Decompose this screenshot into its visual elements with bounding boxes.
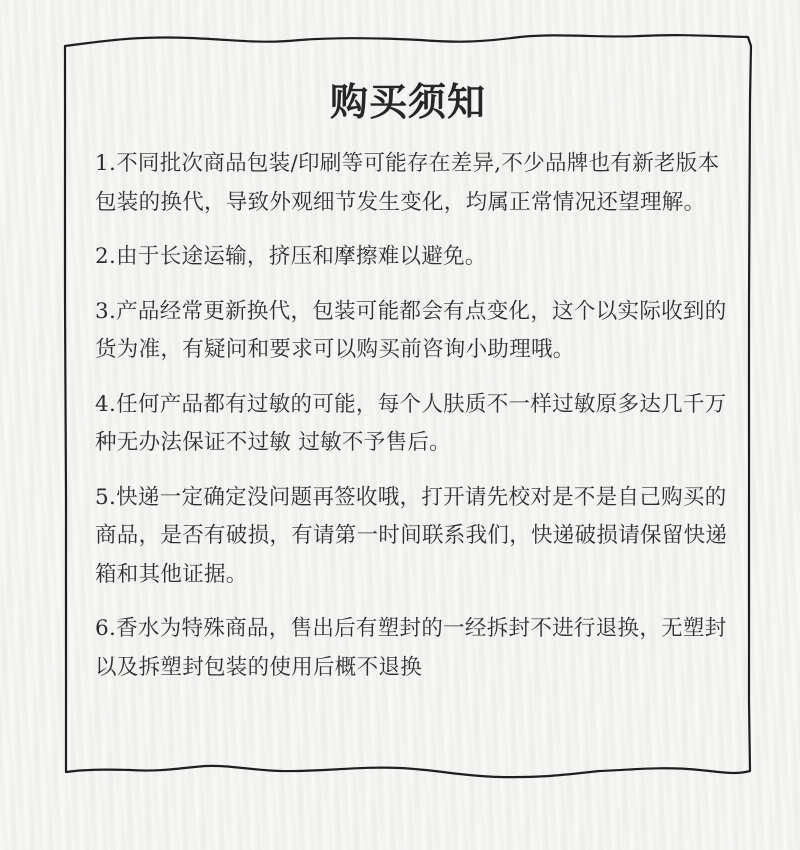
notice-item-1: 1.不同批次商品包装/印刷等可能存在差异,不少品牌也有新老版本包装的换代，导致外… — [95, 145, 735, 222]
notice-list: 1.不同批次商品包装/印刷等可能存在差异,不少品牌也有新老版本包装的换代，导致外… — [95, 145, 735, 703]
notice-item-6: 6.香水为特殊商品，售出后有塑封的一经拆封不进行退换，无塑封以及拆塑封包装的使用… — [95, 610, 735, 687]
notice-item-2: 2.由于长途运输，挤压和摩擦难以避免。 — [95, 238, 735, 277]
notice-item-5: 5.快递一定确定没问题再签收哦，打开请先校对是不是自己购买的商品，是否有破损，有… — [95, 479, 735, 595]
notice-item-4: 4.任何产品都有过敏的可能，每个人肤质不一样过敏原多达几千万种无办法保证不过敏 … — [95, 386, 735, 463]
notice-item-3: 3.产品经常更新换代，包装可能都会有点变化，这个以实际收到的货为准，有疑问和要求… — [95, 293, 735, 370]
notice-title: 购买须知 — [64, 71, 752, 126]
purchase-notice-panel: 购买须知 1.不同批次商品包装/印刷等可能存在差异,不少品牌也有新老版本包装的换… — [64, 33, 752, 776]
